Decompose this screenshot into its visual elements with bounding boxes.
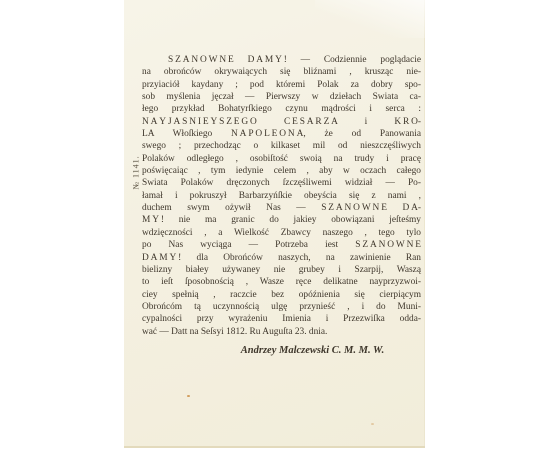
- document-line: sob myślenia jęczał — Pierwszy w dziełac…: [142, 91, 421, 103]
- document-line: swego ; przechodząc o kilkaset mil od ni…: [142, 140, 421, 152]
- document-line: bielizny białey używaney nie grubey i Sz…: [142, 264, 421, 276]
- paper-speck: [371, 423, 374, 425]
- document-line: po Nas wyciąga — Potrzeba iest S Z A N O…: [142, 239, 421, 251]
- document-body-text: S Z A N O W N E D A M Y ! — Codziennie p…: [142, 54, 421, 338]
- document-line: duchem swym ożywił Nas — S Z A N O W N E…: [142, 202, 421, 214]
- document-line: łego przykład Bohatyrſkiego czynu mądroś…: [142, 103, 421, 115]
- document-line: N A Y J A S N I E Y S Z E G O C E S A R …: [142, 116, 421, 128]
- document-line: przyiaciół kaydany ; pod któremi Polak z…: [142, 79, 421, 91]
- document-line: Polaków odległego , osobiſtość swoią na …: [142, 153, 421, 165]
- margin-number-note: № 1141.: [132, 133, 141, 213]
- document-line: M Y ! nie ma granic do jakiey obowiązani…: [142, 214, 421, 226]
- paper-speck: [187, 395, 190, 397]
- document-line: cypalności przy wyrażeniu Imienia i Prze…: [142, 313, 421, 325]
- document-line: łamał i pokruszył Barbarzyńſkie obeyścia…: [142, 190, 421, 202]
- scan-background: № 1141. S Z A N O W N E D A M Y ! — Codz…: [0, 0, 550, 450]
- document-line: LA Włoſkiego N A P O L E O N A, że od Pa…: [142, 128, 421, 140]
- document-line: poświęcaiąc , tym iedynie celem , aby w …: [142, 165, 421, 177]
- document-line: wać — Datt na Seſsyi 1812. Ru Auguſta 23…: [142, 326, 421, 338]
- document-line: D A M Y ! dla Obrońców naszych, na zawin…: [142, 252, 421, 264]
- document-page: № 1141. S Z A N O W N E D A M Y ! — Codz…: [124, 0, 425, 448]
- document-line: ciey spełnią , raczcie bez opóźnienia si…: [142, 289, 421, 301]
- document-line: Swiata Polaków dręczonych ſzczęśliwemi w…: [142, 177, 421, 189]
- document-line: wdzięczności , a Wielkość Zbawcy naszego…: [142, 227, 421, 239]
- document-line: S Z A N O W N E D A M Y ! — Codziennie p…: [142, 54, 421, 66]
- document-line: to ieſt ſposobnością , Wasze ręce delika…: [142, 276, 421, 288]
- document-line: na obrońców okrywaiących się bliźnami , …: [142, 66, 421, 78]
- document-line: Obrońcóm tą uczynnością ulgę przynieść ,…: [142, 301, 421, 313]
- signature-line: Andrzey Malczewski C. M. M. W.: [142, 345, 421, 356]
